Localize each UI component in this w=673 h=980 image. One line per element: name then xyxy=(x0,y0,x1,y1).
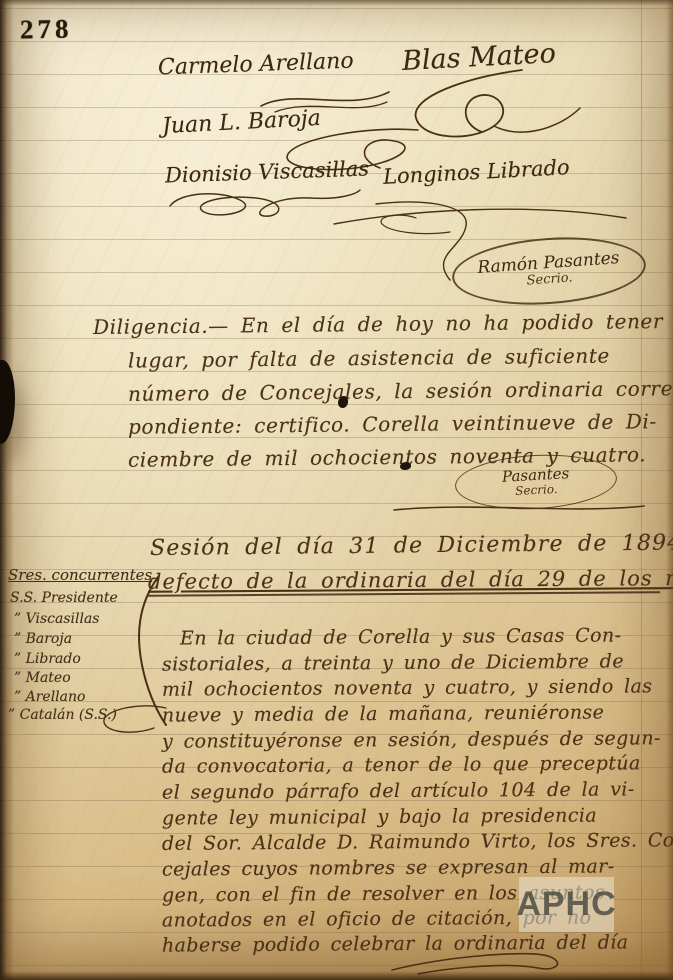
signature-clerk-title: Secrio. xyxy=(515,482,558,497)
session-heading-line2: defecto de la ordinaria del día 29 de lo… xyxy=(148,566,660,597)
body-line: da convocatoria, a tenor de lo que prece… xyxy=(162,752,641,777)
body-line: gente ley municipal y bajo la presidenci… xyxy=(162,804,597,829)
margin-attendee: ” Librado xyxy=(14,651,81,667)
margin-attendee: ” Viscasillas xyxy=(14,611,99,627)
body-line: y constituyéronse en sesión, después de … xyxy=(162,727,661,752)
body-line: el segundo párrafo del artículo 104 de l… xyxy=(162,778,635,803)
body-line: haberse podido celebrar la ordinaria del… xyxy=(162,931,629,956)
body-line: En la ciudad de Corella y sus Casas Con- xyxy=(180,624,622,649)
photo-edge-bottom xyxy=(0,971,673,980)
binding-edge xyxy=(0,0,14,980)
photo-edge-right xyxy=(666,0,673,980)
session-heading-line1: Sesión del día 31 de Diciembre de 1894, … xyxy=(150,530,673,561)
manuscript-photo: 278 Carmelo Arellano Blas Mateo Juan L. … xyxy=(0,0,673,980)
body-line: sistoriales, a treinta y uno de Diciembr… xyxy=(162,650,624,675)
body-line: mil ochocientos noventa y cuatro, y sien… xyxy=(162,675,653,700)
signature-pasantes-title: Secrio. xyxy=(526,271,573,288)
margin-attendee: S.S. Presidente xyxy=(10,590,118,606)
page-number: 278 xyxy=(20,14,73,46)
body-line: nueve y media de la mañana, reuniéronse xyxy=(162,701,604,726)
body-line: del Sor. Alcalde D. Raimundo Virto, los … xyxy=(162,829,673,855)
margin-attendee: ” Baroja xyxy=(14,631,72,647)
margin-attendee: ” Arellano xyxy=(14,689,85,705)
archive-watermark: APHC xyxy=(519,877,614,932)
margin-attendees-title: Sres. concurrentes xyxy=(8,566,152,584)
margin-attendee: ” Catalán (S.S.) xyxy=(8,707,117,723)
diligencia-line: lugar, por falta de asistencia de sufici… xyxy=(128,343,610,372)
photo-edge-top xyxy=(0,0,673,6)
margin-attendee: ” Mateo xyxy=(14,670,71,686)
